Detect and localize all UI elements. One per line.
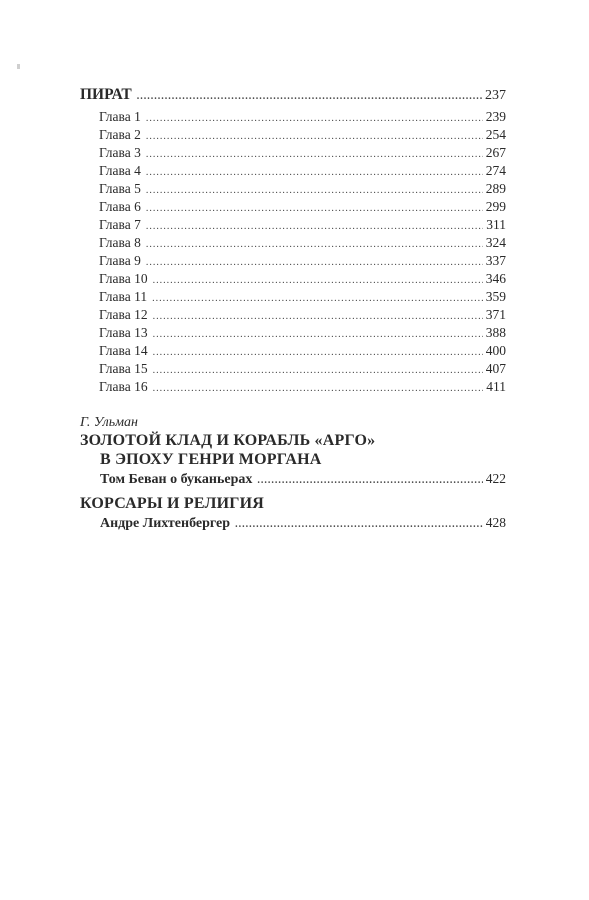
- scan-artifact: [17, 64, 20, 69]
- page-number: 388: [486, 324, 506, 342]
- toc-entry-chapter[interactable]: Глава 9337: [80, 252, 506, 270]
- toc-entry-chapter[interactable]: Глава 13388: [80, 324, 506, 342]
- dot-leader: [146, 218, 483, 236]
- toc-entry-essay[interactable]: Андре Лихтенбергер 428: [80, 513, 506, 533]
- page-number: 311: [486, 216, 506, 234]
- dot-leader: [152, 290, 483, 308]
- page-number: 299: [486, 198, 506, 216]
- toc-entry-chapter[interactable]: Глава 16411: [80, 378, 506, 396]
- page-number: 407: [486, 360, 506, 378]
- author-name: Г. Ульман: [80, 415, 506, 431]
- table-of-contents: ПИРАТ 237 Глава 1239Глава 2254Глава 3267…: [80, 84, 506, 538]
- chapter-label: Глава 14: [99, 342, 148, 360]
- page-number: 346: [486, 270, 506, 288]
- dot-leader: [146, 110, 483, 128]
- chapter-label: Глава 6: [99, 198, 141, 216]
- dot-leader: [146, 236, 483, 254]
- toc-entry-chapter[interactable]: Глава 15407: [80, 360, 506, 378]
- chapter-label: Глава 3: [99, 144, 141, 162]
- toc-entry-chapter[interactable]: Глава 10346: [80, 270, 506, 288]
- chapter-list: Глава 1239Глава 2254Глава 3267Глава 4274…: [80, 108, 506, 396]
- dot-leader: [146, 128, 483, 146]
- toc-entry-chapter[interactable]: Глава 5289: [80, 180, 506, 198]
- toc-entry-chapter[interactable]: Глава 8324: [80, 234, 506, 252]
- page-number: 371: [486, 306, 506, 324]
- chapter-label: Глава 15: [99, 360, 148, 378]
- dot-leader: [257, 471, 482, 491]
- toc-entry-essay[interactable]: Том Беван о буканьерах 422: [80, 469, 506, 489]
- chapter-label: Глава 9: [99, 252, 141, 270]
- chapter-label: Глава 2: [99, 126, 141, 144]
- dot-leader: [146, 146, 483, 164]
- page-number: 359: [486, 288, 506, 306]
- dot-leader: [153, 308, 483, 326]
- toc-entry-chapter[interactable]: Глава 7311: [80, 216, 506, 234]
- section-title: КОРСАРЫ И РЕЛИГИЯ: [80, 494, 506, 513]
- chapter-label: Глава 12: [99, 306, 148, 324]
- dot-leader: [153, 272, 483, 290]
- toc-entry-chapter[interactable]: Глава 3267: [80, 144, 506, 162]
- chapter-label: Глава 16: [99, 378, 148, 396]
- entry-label: Андре Лихтенбергер: [100, 514, 230, 534]
- toc-entry-chapter[interactable]: Глава 4274: [80, 162, 506, 180]
- part-title: ПИРАТ: [80, 84, 132, 106]
- page-number: 324: [486, 234, 506, 252]
- dot-leader: [153, 326, 483, 344]
- chapter-label: Глава 4: [99, 162, 141, 180]
- dot-leader: [146, 200, 483, 218]
- page-number: 422: [486, 469, 506, 489]
- chapter-label: Глава 5: [99, 180, 141, 198]
- chapter-label: Глава 1: [99, 108, 141, 126]
- page-number: 400: [486, 342, 506, 360]
- page-number: 237: [485, 85, 506, 107]
- chapter-label: Глава 8: [99, 234, 141, 252]
- page-number: 274: [486, 162, 506, 180]
- toc-entry-part[interactable]: ПИРАТ 237: [80, 84, 506, 106]
- chapter-label: Глава 10: [99, 270, 148, 288]
- dot-leader: [153, 344, 483, 362]
- section-title-line2: В ЭПОХУ ГЕНРИ МОРГАНА: [80, 450, 506, 469]
- dot-leader: [146, 164, 483, 182]
- page-number: 254: [486, 126, 506, 144]
- chapter-label: Глава 7: [99, 216, 141, 234]
- dot-leader: [153, 380, 484, 398]
- dot-leader: [235, 515, 483, 535]
- page-number: 289: [486, 180, 506, 198]
- entry-label: Том Беван о буканьерах: [100, 470, 252, 490]
- toc-entry-chapter[interactable]: Глава 1239: [80, 108, 506, 126]
- toc-entry-chapter[interactable]: Глава 14400: [80, 342, 506, 360]
- page-number: 337: [486, 252, 506, 270]
- dot-leader: [146, 254, 483, 272]
- section-title-line1: ЗОЛОТОЙ КЛАД И КОРАБЛЬ «АРГО»: [80, 431, 506, 450]
- toc-entry-chapter[interactable]: Глава 6299: [80, 198, 506, 216]
- dot-leader: [137, 86, 482, 108]
- chapter-label: Глава 13: [99, 324, 148, 342]
- chapter-label: Глава 11: [99, 288, 147, 306]
- toc-entry-chapter[interactable]: Глава 11359: [80, 288, 506, 306]
- page-number: 411: [486, 378, 506, 396]
- toc-entry-chapter[interactable]: Глава 2254: [80, 126, 506, 144]
- page-number: 267: [486, 144, 506, 162]
- dot-leader: [146, 182, 483, 200]
- toc-entry-chapter[interactable]: Глава 12371: [80, 306, 506, 324]
- dot-leader: [153, 362, 483, 380]
- page-number: 428: [486, 513, 506, 533]
- page-number: 239: [486, 108, 506, 126]
